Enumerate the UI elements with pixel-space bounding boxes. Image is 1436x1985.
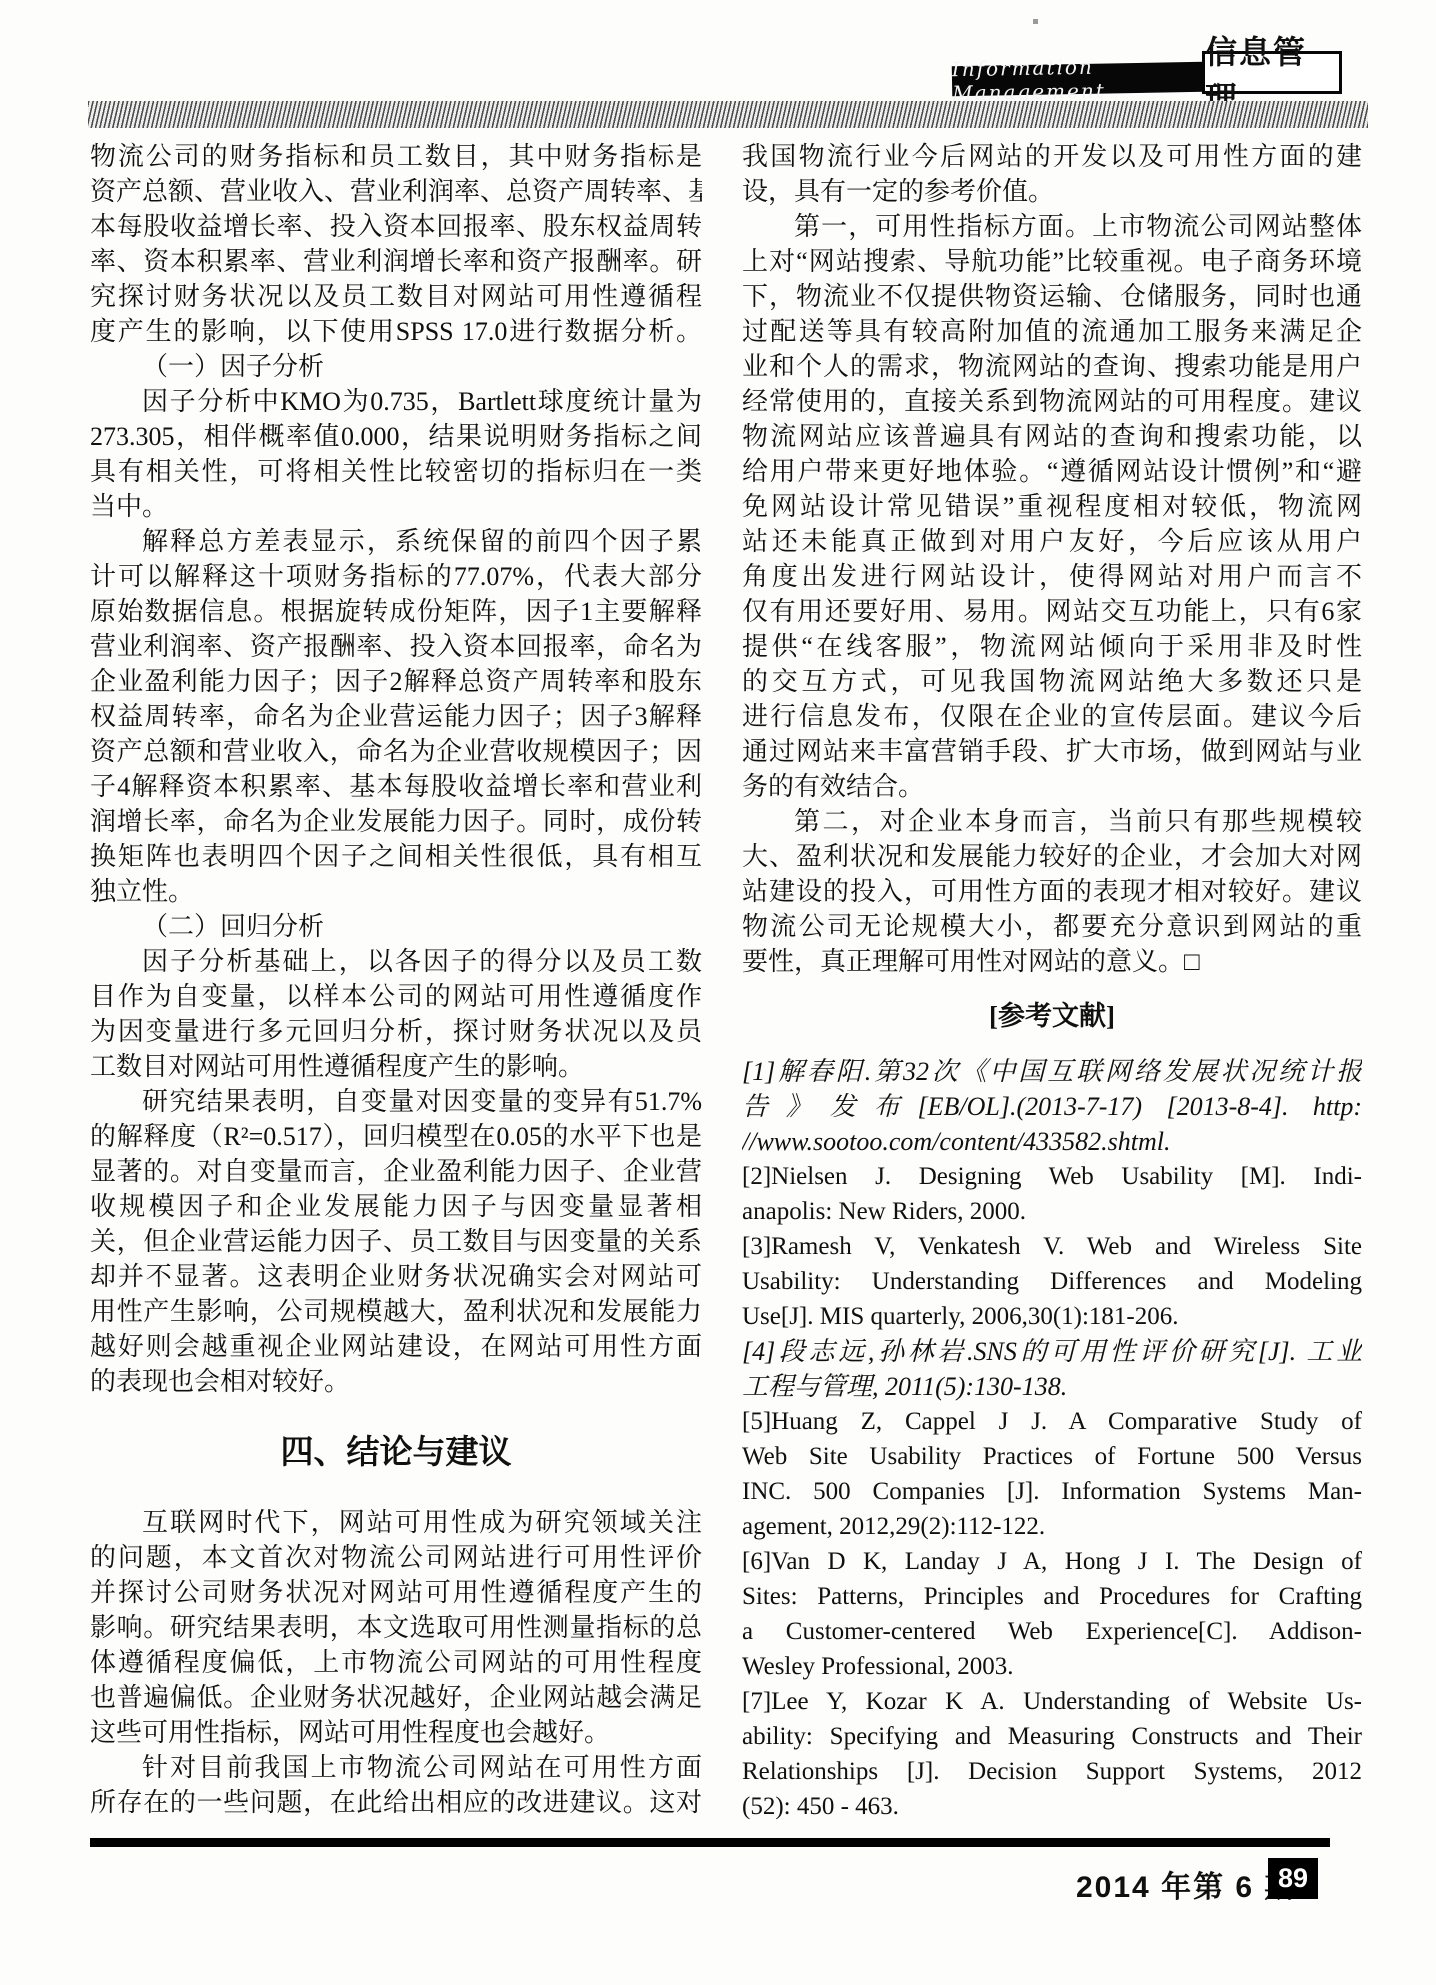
- paragraph: 解释总方差表显示，系统保留的前四个因子累计可以解释这十项财务指标的77.07%，…: [90, 524, 702, 909]
- text-line: [7]Lee Y, Kozar K A. Understanding of We…: [742, 1684, 1362, 1719]
- text-line: (52): 450 - 463.: [742, 1789, 1362, 1824]
- right-column: 我国物流行业今后网站的开发以及可用性方面的建设，具有一定的参考价值。第一，可用性…: [742, 139, 1362, 1824]
- reference-item: [4]段志远,孙林岩.SNS的可用性评价研究[J]. 工业工程与管理, 2011…: [742, 1334, 1362, 1404]
- text-line: 的解释度（R²=0.517），回归模型在0.05的水平下也是: [90, 1119, 702, 1154]
- text-line: a Customer-centered Web Experience[C]. A…: [742, 1614, 1362, 1649]
- text-line: 关，但企业营运能力因子、员工数目与因变量的关系: [90, 1224, 702, 1259]
- text-line: 免网站设计常见错误”重视程度相对较低，物流网: [742, 489, 1362, 524]
- text-line: 设，具有一定的参考价值。: [742, 174, 1362, 209]
- text-line: 通过网站来丰富营销手段、扩大市场，做到网站与业: [742, 734, 1362, 769]
- text-line: 研究结果表明，自变量对因变量的变异有51.7%: [90, 1084, 702, 1119]
- text-line: Web Site Usability Practices of Fortune …: [742, 1439, 1362, 1474]
- text-line: 工数目对网站可用性遵循程度产生的影响。: [90, 1049, 702, 1084]
- text-line: 工程与管理, 2011(5):130-138.: [742, 1369, 1362, 1404]
- text-line: 物流公司无论规模大小，都要充分意识到网站的重: [742, 909, 1362, 944]
- text-line: 收规模因子和企业发展能力因子与因变量显著相: [90, 1189, 702, 1224]
- text-line: 权益周转率，命名为企业营运能力因子；因子3解释: [90, 699, 702, 734]
- text-line: 率、资本积累率、营业利润增长率和资产报酬率。研: [90, 244, 702, 279]
- text-line: 越好则会越重视企业网站建设，在网站可用性方面: [90, 1329, 702, 1364]
- section-banner-en-label: Information Management: [952, 53, 1205, 105]
- text-line: （一）因子分析: [90, 349, 702, 384]
- text-line: 目作为自变量，以样本公司的网站可用性遵循度作: [90, 979, 702, 1014]
- text-line: 进行信息发布，仅限在企业的宣传层面。建议今后: [742, 699, 1362, 734]
- text-line: 本每股收益增长率、投入资本回报率、股东权益周转: [90, 209, 702, 244]
- text-line: [5]Huang Z, Cappel J J. A Comparative St…: [742, 1404, 1362, 1439]
- text-line: 273.305，相伴概率值0.000，结果说明财务指标之间: [90, 419, 702, 454]
- text-line: 我国物流行业今后网站的开发以及可用性方面的建: [742, 139, 1362, 174]
- text-line: [3]Ramesh V, Venkatesh V. Web and Wirele…: [742, 1229, 1362, 1264]
- reference-item: [1]解春阳.第32次《中国互联网络发展状况统计报告》发布[EB/OL].(20…: [742, 1054, 1362, 1159]
- text-line: 过配送等具有较高附加值的流通加工服务来满足企: [742, 314, 1362, 349]
- text-line: 给用户带来更好地体验。“遵循网站设计惯例”和“避: [742, 454, 1362, 489]
- text-line: [4]段志远,孙林岩.SNS的可用性评价研究[J]. 工业: [742, 1334, 1362, 1369]
- text-line: //www.sootoo.com/content/433582.shtml.: [742, 1124, 1362, 1159]
- text-line: （二）回归分析: [90, 909, 702, 944]
- text-line: 并探讨公司财务状况对网站可用性遵循程度产生的: [90, 1575, 702, 1610]
- text-line: 站建设的投入，可用性方面的表现才相对较好。建议: [742, 874, 1362, 909]
- footer-rule: [90, 1838, 1330, 1847]
- section-banner-cn: 信息管理: [1202, 51, 1342, 94]
- text-line: 告》发布[EB/OL].(2013-7-17) [2013-8-4]. http…: [742, 1089, 1362, 1124]
- reference-item: [3]Ramesh V, Venkatesh V. Web and Wirele…: [742, 1229, 1362, 1334]
- text-line: 务的有效结合。: [742, 769, 1362, 804]
- text-line: 体遵循程度偏低，上市物流公司网站的可用性程度: [90, 1645, 702, 1680]
- text-line: Relationships [J]. Decision Support Syst…: [742, 1754, 1362, 1789]
- text-line: 物流公司的财务指标和员工数目，其中财务指标是: [90, 139, 702, 174]
- text-line: 因子分析中KMO为0.735，Bartlett球度统计量为: [90, 384, 702, 419]
- text-line: 企业盈利能力因子；因子2解释总资产周转率和股东: [90, 664, 702, 699]
- text-line: 下，物流业不仅提供物资运输、仓储服务，同时也通: [742, 279, 1362, 314]
- text-line: 度产生的影响，以下使用SPSS 17.0进行数据分析。: [90, 314, 702, 349]
- text-line: 经常使用的，直接关系到物流网站的可用程度。建议: [742, 384, 1362, 419]
- paragraph: 第二，对企业本身而言，当前只有那些规模较大、盈利状况和发展能力较好的企业，才会加…: [742, 804, 1362, 979]
- text-line: 针对目前我国上市物流公司网站在可用性方面: [90, 1750, 702, 1785]
- text-line: Wesley Professional, 2003.: [742, 1649, 1362, 1684]
- text-line: 当中。: [90, 489, 702, 524]
- paragraph: （一）因子分析: [90, 349, 702, 384]
- decorative-hatch-band: [88, 101, 1368, 128]
- reference-item: [6]Van D K, Landay J A, Hong J I. The De…: [742, 1544, 1362, 1684]
- text-line: 计可以解释这十项财务指标的77.07%，代表大部分: [90, 559, 702, 594]
- text-line: [2]Nielsen J. Designing Web Usability [M…: [742, 1159, 1362, 1194]
- text-line: [6]Van D K, Landay J A, Hong J I. The De…: [742, 1544, 1362, 1579]
- text-line: 用性产生影响，公司规模越大，盈利状况和发展能力: [90, 1294, 702, 1329]
- text-line: 所存在的一些问题，在此给出相应的改进建议。这对: [90, 1785, 702, 1820]
- text-line: 物流网站应该普遍具有网站的查询和搜索功能，以: [742, 419, 1362, 454]
- text-line: 原始数据信息。根据旋转成份矩阵，因子1主要解释: [90, 594, 702, 629]
- text-line: 却并不显著。这表明企业财务状况确实会对网站可: [90, 1259, 702, 1294]
- text-line: 解释总方差表显示，系统保留的前四个因子累: [90, 524, 702, 559]
- section-banner-en: Information Management: [952, 62, 1204, 96]
- paragraph: 互联网时代下，网站可用性成为研究领域关注的问题，本文首次对物流公司网站进行可用性…: [90, 1505, 702, 1750]
- text-line: [1]解春阳.第32次《中国互联网络发展状况统计报: [742, 1054, 1362, 1089]
- journal-page: Information Management 信息管理 物流公司的财务指标和员工…: [0, 0, 1436, 1985]
- text-line: 因子分析基础上，以各因子的得分以及员工数: [90, 944, 702, 979]
- text-line: 也普遍偏低。企业财务状况越好，企业网站越会满足: [90, 1680, 702, 1715]
- section-heading: 四、结论与建议: [90, 1413, 702, 1491]
- paragraph: 第一，可用性指标方面。上市物流公司网站整体上对“网站搜索、导航功能”比较重视。电…: [742, 209, 1362, 804]
- scan-artifact-dot: [1033, 19, 1038, 24]
- text-line: agement, 2012,29(2):112-122.: [742, 1509, 1362, 1544]
- page-number-badge: 89: [1268, 1858, 1318, 1899]
- text-line: 提供“在线客服”，物流网站倾向于采用非及时性: [742, 629, 1362, 664]
- text-line: 子4解释资本积累率、基本每股收益增长率和营业利: [90, 769, 702, 804]
- text-line: 角度出发进行网站设计，使得网站对用户而言不: [742, 559, 1362, 594]
- text-line: Sites: Patterns, Principles and Procedur…: [742, 1579, 1362, 1614]
- text-line: 的交互方式，可见我国物流网站绝大多数还只是: [742, 664, 1362, 699]
- text-line: 独立性。: [90, 874, 702, 909]
- paragraph: 物流公司的财务指标和员工数目，其中财务指标是资产总额、营业收入、营业利润率、总资…: [90, 139, 702, 349]
- text-line: 换矩阵也表明四个因子之间相关性很低，具有相互: [90, 839, 702, 874]
- footer-issue: 2014 年第 6 期: [1076, 1862, 1296, 1906]
- text-line: 润增长率，命名为企业发展能力因子。同时，成份转: [90, 804, 702, 839]
- text-line: 资产总额和营业收入，命名为企业营收规模因子；因: [90, 734, 702, 769]
- text-line: 要性，真正理解可用性对网站的意义。□: [742, 944, 1362, 979]
- paragraph: 针对目前我国上市物流公司网站在可用性方面所存在的一些问题，在此给出相应的改进建议…: [90, 1750, 702, 1820]
- text-line: 站还未能真正做到对用户友好，今后应该从用户: [742, 524, 1362, 559]
- text-line: Usability: Understanding Differences and…: [742, 1264, 1362, 1299]
- text-line: 仅有用还要好用、易用。网站交互功能上，只有6家: [742, 594, 1362, 629]
- text-line: INC. 500 Companies [J]. Information Syst…: [742, 1474, 1362, 1509]
- text-line: ability: Specifying and Measuring Constr…: [742, 1719, 1362, 1754]
- references-heading: [参考文献]: [742, 989, 1362, 1044]
- text-line: 大、盈利状况和发展能力较好的企业，才会加大对网: [742, 839, 1362, 874]
- text-line: Use[J]. MIS quarterly, 2006,30(1):181-20…: [742, 1299, 1362, 1334]
- text-line: 营业利润率、资产报酬率、投入资本回报率，命名为: [90, 629, 702, 664]
- left-column: 物流公司的财务指标和员工数目，其中财务指标是资产总额、营业收入、营业利润率、总资…: [90, 139, 702, 1820]
- text-line: anapolis: New Riders, 2000.: [742, 1194, 1362, 1229]
- text-line: 第一，可用性指标方面。上市物流公司网站整体: [742, 209, 1362, 244]
- text-line: 资产总额、营业收入、营业利润率、总资产周转率、基: [90, 174, 702, 209]
- paragraph: 因子分析中KMO为0.735，Bartlett球度统计量为273.305，相伴概…: [90, 384, 702, 524]
- text-line: 这些可用性指标，网站可用性程度也会越好。: [90, 1715, 702, 1750]
- text-line: 业和个人的需求，物流网站的查询、搜索功能是用户: [742, 349, 1362, 384]
- text-line: 第二，对企业本身而言，当前只有那些规模较: [742, 804, 1362, 839]
- text-line: 的表现也会相对较好。: [90, 1364, 702, 1399]
- text-line: 究探讨财务状况以及员工数目对网站可用性遵循程: [90, 279, 702, 314]
- text-line: 为因变量进行多元回归分析，探讨财务状况以及员: [90, 1014, 702, 1049]
- text-line: 影响。研究结果表明，本文选取可用性测量指标的总: [90, 1610, 702, 1645]
- paragraph: 因子分析基础上，以各因子的得分以及员工数目作为自变量，以样本公司的网站可用性遵循…: [90, 944, 702, 1084]
- text-line: 互联网时代下，网站可用性成为研究领域关注: [90, 1505, 702, 1540]
- paragraph: （二）回归分析: [90, 909, 702, 944]
- reference-item: [5]Huang Z, Cappel J J. A Comparative St…: [742, 1404, 1362, 1544]
- text-line: 显著的。对自变量而言，企业盈利能力因子、企业营: [90, 1154, 702, 1189]
- reference-item: [2]Nielsen J. Designing Web Usability [M…: [742, 1159, 1362, 1229]
- paragraph: 我国物流行业今后网站的开发以及可用性方面的建设，具有一定的参考价值。: [742, 139, 1362, 209]
- text-line: 的问题，本文首次对物流公司网站进行可用性评价: [90, 1540, 702, 1575]
- text-line: 上对“网站搜索、导航功能”比较重视。电子商务环境: [742, 244, 1362, 279]
- reference-item: [7]Lee Y, Kozar K A. Understanding of We…: [742, 1684, 1362, 1824]
- paragraph: 研究结果表明，自变量对因变量的变异有51.7%的解释度（R²=0.517），回归…: [90, 1084, 702, 1399]
- text-line: 具有相关性，可将相关性比较密切的指标归在一类: [90, 454, 702, 489]
